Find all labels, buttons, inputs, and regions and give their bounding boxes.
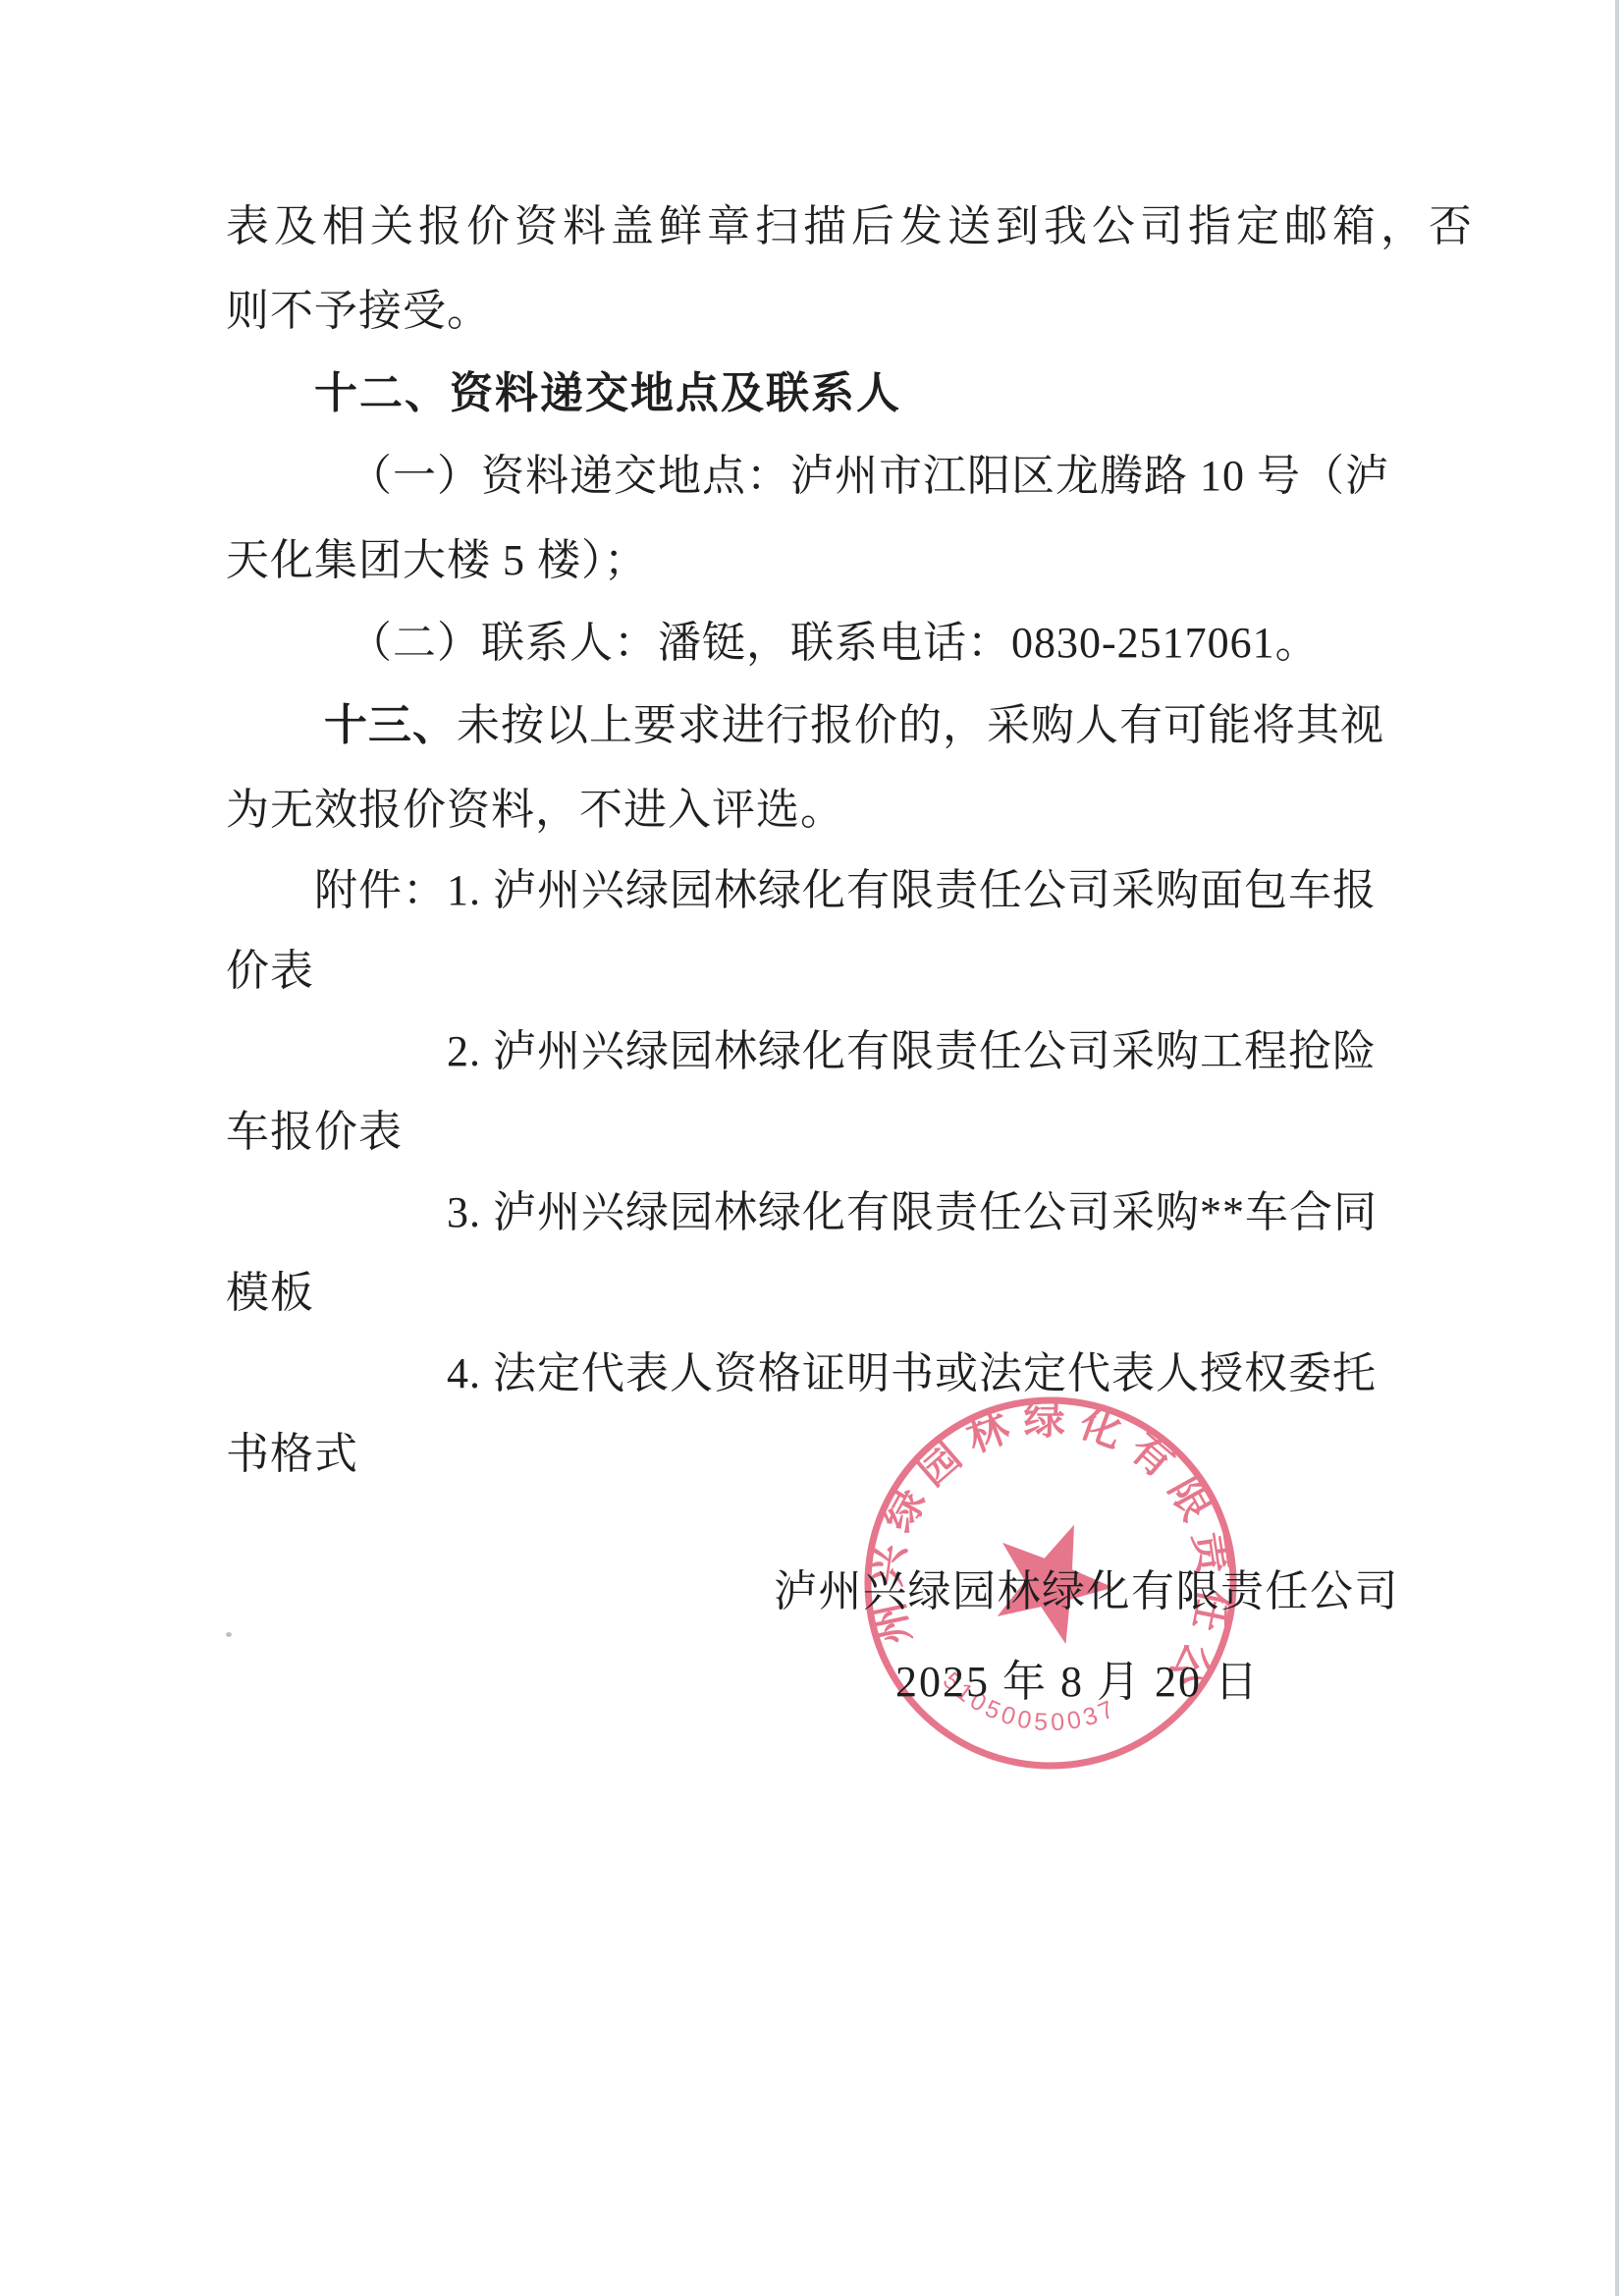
contact-person-line: （二）联系人：潘铤，联系电话：0830-2517061。 — [349, 619, 1320, 669]
scan-page-edge — [1615, 0, 1619, 2296]
section-heading-12: 十二、资料递交地点及联系人 — [314, 369, 901, 419]
delivery-address-line: （一）资料递交地点：泸州市江阳区龙腾路 10 号（泸 — [349, 452, 1389, 502]
attachment-item-3: 3. 泸州兴绿园林绿化有限责任公司采购**车合同 — [447, 1188, 1378, 1238]
attachment-item-1: 附件：1. 泸州兴绿园林绿化有限责任公司采购面包车报 — [314, 866, 1377, 916]
body-line-continuation: 表及相关报价资料盖鲜章扫描后发送到我公司指定邮箱，否 — [226, 202, 1477, 252]
scanned-document-page: 泸州兴绿园林绿化有限责任公司 51050050037 表及相关报价资料盖鲜章扫描… — [0, 0, 1623, 2296]
attachment-item-3-wrap: 模板 — [226, 1269, 314, 1319]
attachment-item-2: 2. 泸州兴绿园林绿化有限责任公司采购工程抢险 — [447, 1027, 1377, 1077]
section-13-number: 十三、 — [324, 701, 457, 749]
scan-speck — [226, 1632, 232, 1637]
signature-date: 2025 年 8 月 20 日 — [895, 1658, 1260, 1708]
attachment-item-1-wrap: 价表 — [226, 947, 314, 997]
attachment-item-2-wrap: 车报价表 — [226, 1108, 403, 1158]
attachment-item-4: 4. 法定代表人资格证明书或法定代表人授权委托 — [447, 1349, 1377, 1399]
body-line: 则不予接受。 — [226, 287, 491, 337]
section-13-text: 未按以上要求进行报价的，采购人有可能将其视 — [457, 701, 1384, 749]
section-13-line: 为无效报价资料，不进入评选。 — [226, 786, 844, 836]
attachment-item-4-wrap: 书格式 — [226, 1430, 358, 1480]
section-13-line: 十三、未按以上要求进行报价的，采购人有可能将其视 — [324, 701, 1384, 751]
signature-company: 泸州兴绿园林绿化有限责任公司 — [774, 1567, 1399, 1617]
delivery-address-line: 天化集团大楼 5 楼）； — [226, 536, 648, 586]
